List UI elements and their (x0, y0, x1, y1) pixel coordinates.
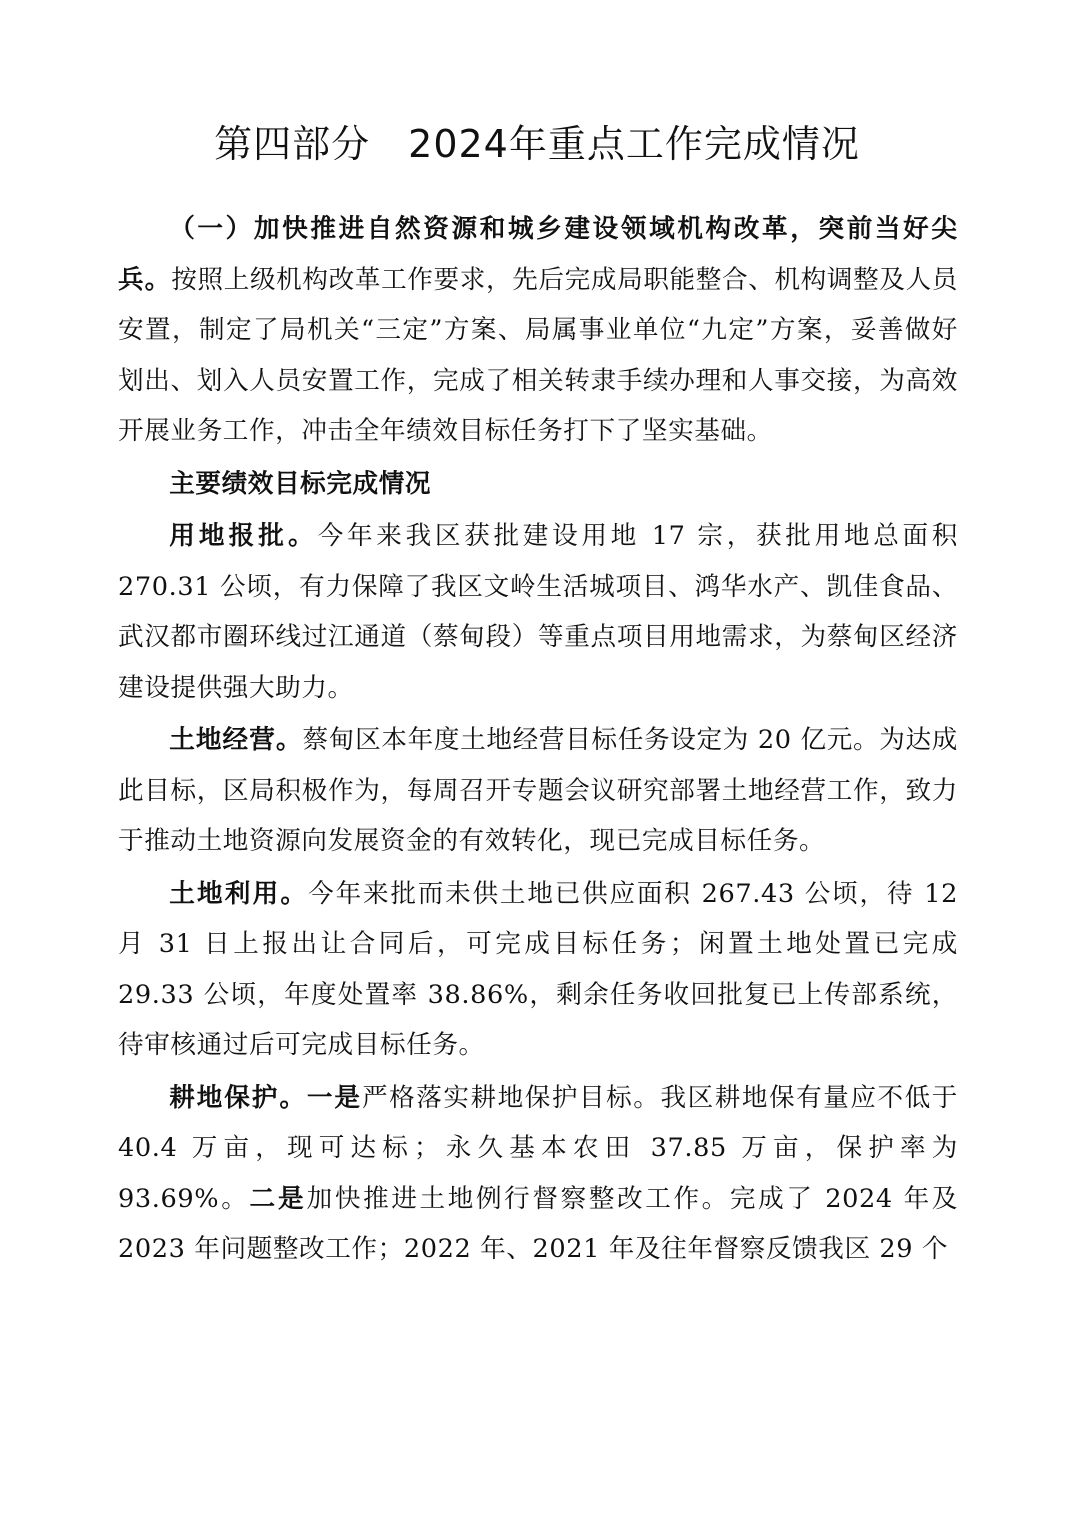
title-part: 第四部分 (214, 122, 370, 166)
item-farmland-point2-label: 二是 (249, 1184, 306, 1214)
document-body: （一）加快推进自然资源和城乡建设领域机构改革，突前当好尖兵。按照上级机构改革工作… (118, 204, 958, 1275)
item-farmland-protection: 耕地保护。一是严格落实耕地保护目标。我区耕地保有量应不低于 40.4 万亩，现可… (118, 1073, 958, 1275)
item-land-operation: 土地经营。蔡甸区本年度土地经营目标任务设定为 20 亿元。为达成此目标，区局积极… (118, 715, 958, 867)
item-land-operation-label: 土地经营。 (169, 725, 302, 755)
item-farmland-label: 耕地保护。 (169, 1083, 307, 1113)
section-1-paragraph: （一）加快推进自然资源和城乡建设领域机构改革，突前当好尖兵。按照上级机构改革工作… (118, 204, 958, 457)
item-land-use: 土地利用。今年来批而未供土地已供应面积 267.43 公顷，待 12 月 31 … (118, 869, 958, 1071)
item-land-approval: 用地报批。今年来我区获批建设用地 17 宗，获批用地总面积 270.31 公顷，… (118, 511, 958, 713)
item-farmland-point1-label: 一是 (307, 1083, 362, 1113)
title-main: 2024年重点工作完成情况 (408, 122, 860, 166)
performance-subheading: 主要绩效目标完成情况 (118, 459, 958, 510)
item-land-use-label: 土地利用。 (169, 879, 308, 909)
document-page: 第四部分2024年重点工作完成情况 （一）加快推进自然资源和城乡建设领域机构改革… (0, 0, 1074, 1520)
page-title: 第四部分2024年重点工作完成情况 (0, 116, 1074, 172)
item-land-approval-label: 用地报批。 (169, 521, 318, 551)
section-1-text: 按照上级机构改革工作要求，先后完成局职能整合、机构调整及人员安置，制定了局机关“… (118, 265, 958, 447)
